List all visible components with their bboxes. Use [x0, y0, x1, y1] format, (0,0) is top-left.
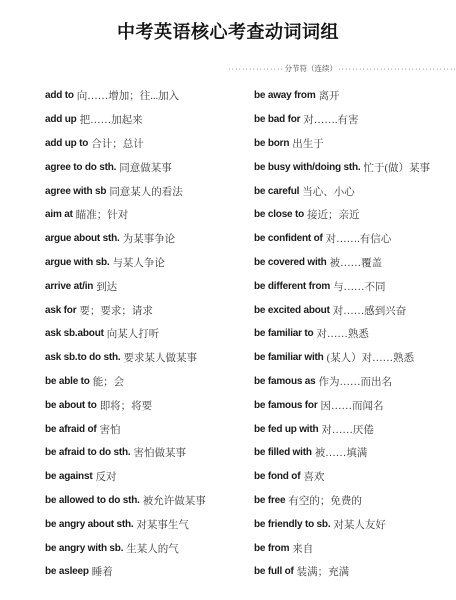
phrase-english: arrive at/in: [45, 281, 93, 292]
section-break-marker: ··················· 分节符（连续） ············…: [228, 62, 455, 74]
phrase-entry: be against反对: [45, 465, 255, 489]
phrase-chinese: 被允许做某事: [143, 493, 206, 508]
phrase-chinese: 对……熟悉: [316, 326, 369, 341]
phrase-entry: be afraid to do sth.害怕做某事: [45, 441, 255, 465]
phrase-english: aim at: [45, 209, 73, 220]
phrase-entry: argue with sb.与某人争论: [45, 251, 255, 275]
phrase-english: be excited about: [254, 305, 330, 316]
phrase-english: be fed up with: [254, 424, 318, 435]
phrase-chinese: 同意做某事: [119, 160, 172, 175]
phrase-english: be away from: [254, 90, 316, 101]
phrase-chinese: 来自: [292, 541, 313, 556]
phrase-english: be free: [254, 495, 285, 506]
phrase-entry: be familiar to对……熟悉: [254, 322, 454, 346]
phrase-chinese: 生某人的气: [126, 541, 179, 556]
phrase-english: be busy with/doing sth.: [254, 162, 361, 173]
phrase-english: be afraid to do sth.: [45, 447, 130, 458]
phrase-entry: be free有空的；免费的: [254, 489, 454, 513]
phrase-entry: agree with sb同意某人的看法: [45, 179, 255, 203]
phrase-english: add up to: [45, 138, 88, 149]
phrase-english: be from: [254, 543, 289, 554]
phrase-english: be famous as: [254, 376, 316, 387]
phrase-english: be able to: [45, 376, 90, 387]
phrase-entry: aim at瞄准；针对: [45, 203, 255, 227]
phrase-chinese: 到达: [96, 279, 117, 294]
phrase-chinese: 对…….有信心: [326, 231, 392, 246]
phrase-chinese: 瞄准；针对: [76, 207, 129, 222]
phrase-entry: be bad for对…….有害: [254, 108, 454, 132]
phrase-chinese: 与……不同: [333, 279, 386, 294]
phrase-english: be famous for: [254, 400, 318, 411]
phrase-english: be filled with: [254, 447, 312, 458]
phrase-english: be afraid of: [45, 424, 97, 435]
phrase-chinese: (某人）对……熟悉: [327, 350, 415, 365]
phrase-entry: be fond of喜欢: [254, 465, 454, 489]
phrase-chinese: 当心、小心: [302, 184, 355, 199]
phrase-chinese: 对…….有害: [303, 112, 358, 127]
phrase-entry: arrive at/in到达: [45, 274, 255, 298]
phrase-entry: be excited about对……感到兴奋: [254, 298, 454, 322]
phrase-english: be angry with sb.: [45, 543, 123, 554]
phrase-entry: be away from离开: [254, 84, 454, 108]
phrase-english: be fond of: [254, 471, 300, 482]
phrase-english: be familiar with: [254, 352, 324, 363]
phrase-entry: be born出生于: [254, 132, 454, 156]
page-title: 中考英语核心考查动词词组: [0, 18, 456, 44]
phrase-english: be friendly to sb.: [254, 519, 330, 530]
phrase-chinese: 与某人争论: [112, 255, 165, 270]
phrase-chinese: 离开: [319, 88, 340, 103]
phrase-english: be born: [254, 138, 289, 149]
phrase-english: agree with sb: [45, 186, 106, 197]
phrase-chinese: 对某人友好: [333, 517, 386, 532]
phrase-english: be familiar to: [254, 328, 313, 339]
phrase-entry: be angry with sb.生某人的气: [45, 536, 255, 560]
phrase-english: be allowed to do sth.: [45, 495, 140, 506]
phrase-entry: ask sb.to do sth.要求某人做某事: [45, 346, 255, 370]
phrase-chinese: 害怕做某事: [133, 445, 186, 460]
phrase-chinese: 装满；充满: [297, 564, 350, 579]
phrase-entry: be famous as作为……而出名: [254, 370, 454, 394]
phrase-english: be asleep: [45, 566, 89, 577]
phrase-column-left: add to向……增加；往...加入add up把……加起来add up to合…: [45, 84, 255, 584]
phrase-entry: be about to即将；将要: [45, 393, 255, 417]
phrase-entry: be confident of对…….有信心: [254, 227, 454, 251]
phrase-english: ask for: [45, 305, 76, 316]
phrase-entry: be covered with被……覆盖: [254, 251, 454, 275]
phrase-chinese: 忙于(做）某事: [364, 160, 431, 175]
phrase-english: ask sb.to do sth.: [45, 352, 121, 363]
phrase-chinese: 要；要求；请求: [79, 303, 153, 318]
phrase-chinese: 能；会: [93, 374, 125, 389]
phrase-entry: be fed up with对……厌倦: [254, 417, 454, 441]
phrase-chinese: 同意某人的看法: [109, 184, 183, 199]
phrase-chinese: 有空的；免费的: [288, 493, 362, 508]
phrase-entry: ask sb.about向某人打听: [45, 322, 255, 346]
phrase-english: argue with sb.: [45, 257, 109, 268]
phrase-entry: be careful当心、小心: [254, 179, 454, 203]
phrase-english: be close to: [254, 209, 304, 220]
phrase-chinese: 把……加起来: [80, 112, 143, 127]
phrase-english: agree to do sth.: [45, 162, 116, 173]
phrase-chinese: 向……增加；往...加入: [77, 88, 179, 103]
phrase-english: be about to: [45, 400, 97, 411]
phrase-english: add up: [45, 114, 77, 125]
separator-dots-right: ········································: [338, 64, 455, 73]
phrase-chinese: 对……感到兴奋: [333, 303, 407, 318]
phrase-chinese: 接近；亲近: [307, 207, 360, 222]
phrase-chinese: 喜欢: [303, 469, 324, 484]
phrase-chinese: 睡着: [92, 564, 113, 579]
phrase-column-right: be away from离开be bad for对…….有害be born出生于…: [254, 84, 454, 584]
phrase-chinese: 因……而闻名: [321, 398, 384, 413]
phrase-chinese: 害怕: [100, 422, 121, 437]
phrase-english: ask sb.about: [45, 328, 104, 339]
phrase-chinese: 被……覆盖: [330, 255, 383, 270]
phrase-chinese: 反对: [95, 469, 116, 484]
phrase-entry: be afraid of害怕: [45, 417, 255, 441]
phrase-entry: be full of装满；充满: [254, 560, 454, 584]
phrase-entry: be allowed to do sth.被允许做某事: [45, 489, 255, 513]
phrase-chinese: 为某事争论: [123, 231, 176, 246]
phrase-chinese: 要求某人做某事: [124, 350, 198, 365]
phrase-chinese: 合计；总计: [91, 136, 144, 151]
phrase-entry: be famous for因……而闻名: [254, 393, 454, 417]
phrase-chinese: 对某事生气: [136, 517, 189, 532]
phrase-entry: add to向……增加；往...加入: [45, 84, 255, 108]
phrase-chinese: 被……填满: [315, 445, 368, 460]
phrase-english: be full of: [254, 566, 294, 577]
phrase-english: argue about sth.: [45, 233, 120, 244]
separator-dots-left: ···················: [228, 64, 284, 73]
phrase-entry: be able to能；会: [45, 370, 255, 394]
phrase-english: be careful: [254, 186, 299, 197]
phrase-entry: agree to do sth.同意做某事: [45, 155, 255, 179]
phrase-entry: ask for要；要求；请求: [45, 298, 255, 322]
phrase-entry: be familiar with(某人）对……熟悉: [254, 346, 454, 370]
phrase-chinese: 出生于: [292, 136, 324, 151]
phrase-english: be angry about sth.: [45, 519, 133, 530]
section-break-label: 分节符（连续）: [285, 63, 338, 74]
phrase-entry: be different from与……不同: [254, 274, 454, 298]
phrase-entry: be from来自: [254, 536, 454, 560]
phrase-chinese: 对……厌倦: [321, 422, 374, 437]
phrase-entry: argue about sth.为某事争论: [45, 227, 255, 251]
phrase-english: add to: [45, 90, 74, 101]
phrase-entry: be close to接近；亲近: [254, 203, 454, 227]
phrase-english: be covered with: [254, 257, 327, 268]
phrase-entry: be busy with/doing sth.忙于(做）某事: [254, 155, 454, 179]
phrase-entry: add up把……加起来: [45, 108, 255, 132]
phrase-english: be against: [45, 471, 92, 482]
phrase-entry: add up to合计；总计: [45, 132, 255, 156]
phrase-english: be different from: [254, 281, 330, 292]
phrase-chinese: 向某人打听: [107, 326, 160, 341]
phrase-entry: be asleep睡着: [45, 560, 255, 584]
phrase-entry: be angry about sth.对某事生气: [45, 512, 255, 536]
phrase-chinese: 即将；将要: [100, 398, 153, 413]
phrase-english: be confident of: [254, 233, 323, 244]
phrase-entry: be filled with被……填满: [254, 441, 454, 465]
phrase-entry: be friendly to sb.对某人友好: [254, 512, 454, 536]
phrase-chinese: 作为……而出名: [319, 374, 393, 389]
phrase-english: be bad for: [254, 114, 300, 125]
